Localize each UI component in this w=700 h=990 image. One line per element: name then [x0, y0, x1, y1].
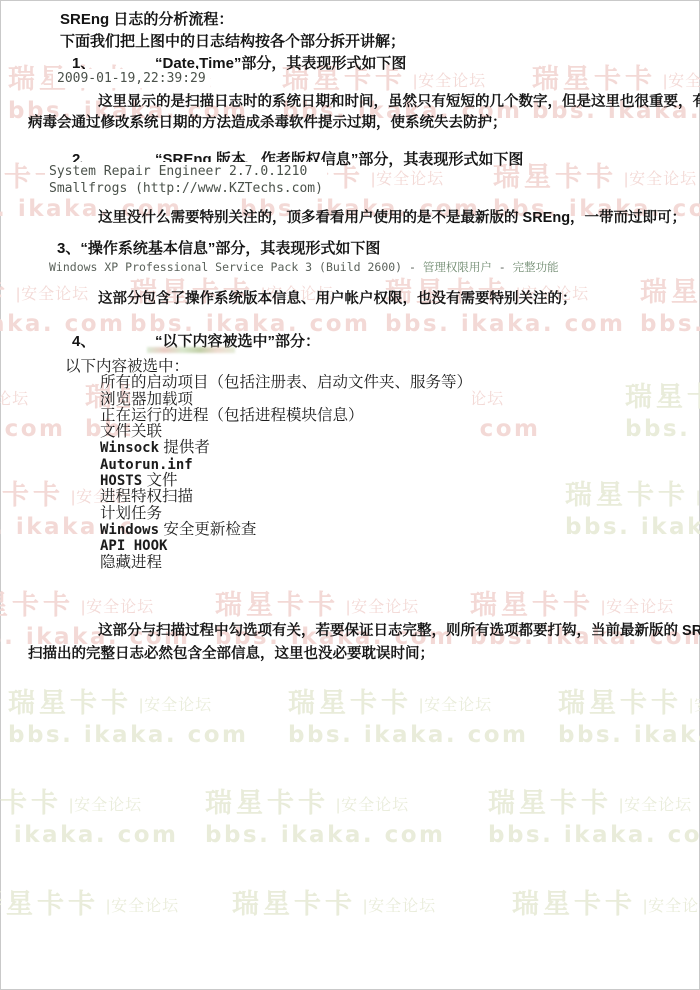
watermark-tile: 瑞星卡卡|安全论坛bbs. ikaka. com [0, 790, 179, 847]
latin-term: API HOOK [100, 538, 167, 554]
watermark-tile: 瑞星卡卡|安全论坛bbs. ikaka. com [640, 279, 700, 336]
code-os-info: Windows XP Professional Service Pack 3 (… [45, 258, 563, 277]
list-item: Windows 安全更新检查 [100, 522, 472, 538]
watermark-brand-text: 瑞星卡卡 [625, 384, 700, 411]
watermark-brand-line: 瑞星卡卡|安全论坛 [288, 690, 529, 717]
latin-term: Winsock [100, 440, 159, 456]
watermark-brand-line: 瑞星卡卡|安全论坛 [8, 690, 249, 717]
paragraph-3: 这部分包含了操作系统版本信息、用户帐户权限，也没有需要特别关注的； [98, 287, 577, 308]
os-info-cjk: 管理权限用户 [423, 260, 492, 274]
code-version-block: System Repair Engineer 2.7.0.1210 Smallf… [45, 162, 327, 198]
watermark-brand-text: 瑞星卡卡 [640, 279, 700, 306]
watermark-tile: 瑞星卡卡|安全论坛 [512, 891, 700, 918]
doc-title: SREng 日志的分析流程： [60, 8, 233, 29]
watermark-forum-text: |安全论坛 [643, 899, 700, 915]
watermark-brand-line: 瑞星卡卡|安全论坛 [232, 891, 436, 918]
watermark-tile: 瑞星卡卡|安全论坛 [0, 891, 179, 918]
watermark-brand-line: 瑞星卡卡|安全论坛 [493, 164, 700, 191]
watermark-brand-text: 瑞星卡卡 [215, 592, 339, 619]
list-item: 浏览器加载项 [100, 392, 472, 408]
paragraph-4-line-1: 这部分与扫描过程中勾选项有关，若要保证日志完整，则所有选项都要打钩，当前最新版的… [98, 619, 700, 640]
watermark-brand-text: 瑞星卡卡 [488, 790, 612, 817]
watermark-forum-text: |安全论坛 [419, 698, 492, 714]
watermark-brand-line: 瑞星卡卡|安全论坛 [205, 790, 446, 817]
selected-content-list: 以下内容被选中： 所有的启动项目（包括注册表、启动文件夹、服务等）浏览器加载项正… [60, 359, 472, 571]
watermark-tile: 瑞星卡卡|安全论坛bbs. ikaka. com [8, 690, 249, 747]
watermark-brand-text: 瑞星卡卡 [532, 66, 656, 93]
os-info-cjk: 完整功能 [513, 260, 559, 274]
watermark-forum-text: |安全论坛 [689, 698, 700, 714]
watermark-forum-text: |安全论坛 [81, 600, 154, 616]
watermark-brand-text: 瑞星卡卡 [0, 790, 62, 817]
watermark-brand-line: 瑞星卡卡|安全论坛 [215, 592, 456, 619]
watermark-brand-text: 瑞星卡卡 [0, 592, 74, 619]
watermark-tile: 瑞星卡卡|安全论坛bbs. ikaka. com [565, 482, 700, 539]
watermark-brand-line: 瑞星卡卡|安全论坛 [0, 891, 179, 918]
watermark-forum-text: |安全论坛 [69, 798, 142, 814]
latin-term: Windows [100, 522, 159, 538]
watermark-url-text: bbs. ikaka. com [205, 824, 446, 847]
watermark-forum-text: |安全论坛 [601, 600, 674, 616]
watermark-url-text: bbs. ikaka. com [558, 724, 700, 747]
watermark-forum-text: |安全论坛 [619, 798, 692, 814]
paragraph-1-line-2: 病毒会通过修改系统日期的方法造成杀毒软件提示过期，使系统失去防护； [28, 111, 507, 132]
watermark-brand-line: 瑞星卡卡|安全论坛 [0, 790, 179, 817]
watermark-brand-text: 瑞星卡卡 [470, 592, 594, 619]
watermark-forum-text: |安全论坛 [624, 172, 697, 188]
watermark-tile: 瑞星卡卡|安全论坛bbs. ikaka. com [625, 384, 700, 441]
watermark-forum-text: |安全论坛 [413, 74, 486, 90]
watermark-url-text: bbs. ikaka. com [625, 418, 700, 441]
code-author-line: Smallfrogs (http://www.KZTechs.com) [49, 180, 323, 197]
watermark-tile: 瑞星卡卡|安全论坛bbs. ikaka. com [488, 790, 700, 847]
watermark-brand-text: 瑞星卡卡 [512, 891, 636, 918]
list-item: API HOOK [100, 538, 472, 554]
code-version-line: System Repair Engineer 2.7.0.1210 [49, 163, 323, 180]
watermark-brand-line: 瑞星卡卡|安全论坛 [565, 482, 700, 509]
watermark-brand-line: 瑞星卡卡|安全论坛 [558, 690, 700, 717]
watermark-brand-line: 瑞星卡卡|安全论坛 [0, 384, 66, 411]
forum-post-page: 瑞星卡卡|安全论坛bbs. ikaka. com瑞星卡卡|安全论坛bbs. ik… [0, 0, 700, 990]
watermark-brand-text: 瑞星卡卡 [205, 790, 329, 817]
watermark-url-text: bbs. ikaka. com [8, 724, 249, 747]
watermark-brand-text: 瑞星卡卡 [288, 690, 412, 717]
watermark-forum-text: |安全论坛 [16, 287, 89, 303]
watermark-brand-line: 瑞星卡卡|安全论坛 [532, 66, 700, 93]
watermark-forum-text: |安全论坛 [106, 899, 179, 915]
paragraph-4-line-2: 扫描出的完整日志必然包含全部信息，这里也没必要耽误时间； [28, 642, 434, 663]
list-item: 所有的启动项目（包括注册表、启动文件夹、服务等） [100, 375, 472, 391]
watermark-brand-text: 瑞星卡卡 [0, 279, 9, 306]
watermark-url-text: bbs. ikaka. com [0, 418, 66, 441]
watermark-brand-text: 瑞星卡卡 [232, 891, 356, 918]
watermark-brand-text: 瑞星卡卡 [558, 690, 682, 717]
list-item: 隐藏进程 [100, 555, 472, 571]
watermark-forum-text: |安全论坛 [336, 798, 409, 814]
section-3-heading: 3、“操作系统基本信息”部分，其表现形式如下图 [57, 237, 380, 258]
watermark-tile: 瑞星卡卡|安全论坛bbs. ikaka. com [288, 690, 529, 747]
watermark-url-text: bbs. ikaka. com [640, 313, 700, 336]
watermark-tile: 瑞星卡卡|安全论坛bbs. ikaka. com [0, 384, 66, 441]
compression-artifact [147, 347, 235, 353]
section-4-number: 4、 [72, 330, 155, 351]
watermark-brand-line: 瑞星卡卡|安全论坛 [625, 384, 700, 411]
watermark-url-text: bbs. ikaka. com [385, 313, 626, 336]
watermark-forum-text: |安全论坛 [139, 698, 212, 714]
list-item: 计划任务 [100, 506, 472, 522]
watermark-brand-line: 瑞星卡卡|安全论坛 [640, 279, 700, 306]
watermark-brand-line: 瑞星卡卡|安全论坛 [488, 790, 700, 817]
list-item: Winsock 提供者 [100, 440, 472, 456]
paragraph-1-line-1: 这里显示的是扫描日志时的系统日期和时间，虽然只有短短的几个数字，但是这里也很重要… [98, 90, 700, 111]
watermark-brand-line: 瑞星卡卡|安全论坛 [512, 891, 700, 918]
watermark-url-text: bbs. ikaka. com [288, 724, 529, 747]
intro-line: 下面我们把上图中的日志结构按各个部分拆开讲解； [60, 30, 405, 51]
list-item: 正在运行的进程（包括进程模块信息） [100, 408, 472, 424]
paragraph-2: 这里没什么需要特别关注的，顶多看看用户使用的是不是最新版的 SREng，一带而过… [98, 206, 686, 227]
watermark-forum-text: |安全论坛 [346, 600, 419, 616]
list-items: 所有的启动项目（包括注册表、启动文件夹、服务等）浏览器加载项正在运行的进程（包括… [100, 375, 472, 571]
watermark-url-text: bbs. ikaka. com [0, 824, 179, 847]
watermark-forum-text: |安全论坛 [371, 172, 444, 188]
watermark-tile: 瑞星卡卡|安全论坛bbs. ikaka. com [205, 790, 446, 847]
list-item: 文件关联 [100, 424, 472, 440]
watermark-forum-text: |安全论坛 [663, 74, 700, 90]
code-date-time: 2009-01-19,22:39:29 [53, 69, 210, 88]
watermark-forum-text: |安全论坛 [0, 392, 29, 408]
watermark-url-text: bbs. ikaka. com [565, 516, 700, 539]
watermark-tile: 瑞星卡卡|安全论坛bbs. ikaka. com [558, 690, 700, 747]
list-title: 以下内容被选中： [65, 359, 472, 375]
watermark-brand-text: 瑞星卡卡 [0, 482, 64, 509]
watermark-brand-text: 瑞星卡卡 [8, 690, 132, 717]
list-item: 进程特权扫描 [100, 489, 472, 505]
watermark-brand-line: 瑞星卡卡|安全论坛 [470, 592, 700, 619]
list-item: HOSTS 文件 [100, 473, 472, 489]
watermark-forum-text: |安全论坛 [363, 899, 436, 915]
watermark-brand-text: 瑞星卡卡 [0, 891, 99, 918]
watermark-tile: 瑞星卡卡|安全论坛 [232, 891, 436, 918]
latin-term: HOSTS [100, 473, 142, 489]
latin-term: Autorun.inf [100, 457, 193, 473]
watermark-brand-line: 瑞星卡卡|安全论坛 [0, 592, 191, 619]
list-item: Autorun.inf [100, 457, 472, 473]
watermark-brand-text: 瑞星卡卡 [565, 482, 689, 509]
watermark-forum-text: |安全论坛 [696, 490, 700, 506]
watermark-url-text: bbs. ikaka. com [488, 824, 700, 847]
